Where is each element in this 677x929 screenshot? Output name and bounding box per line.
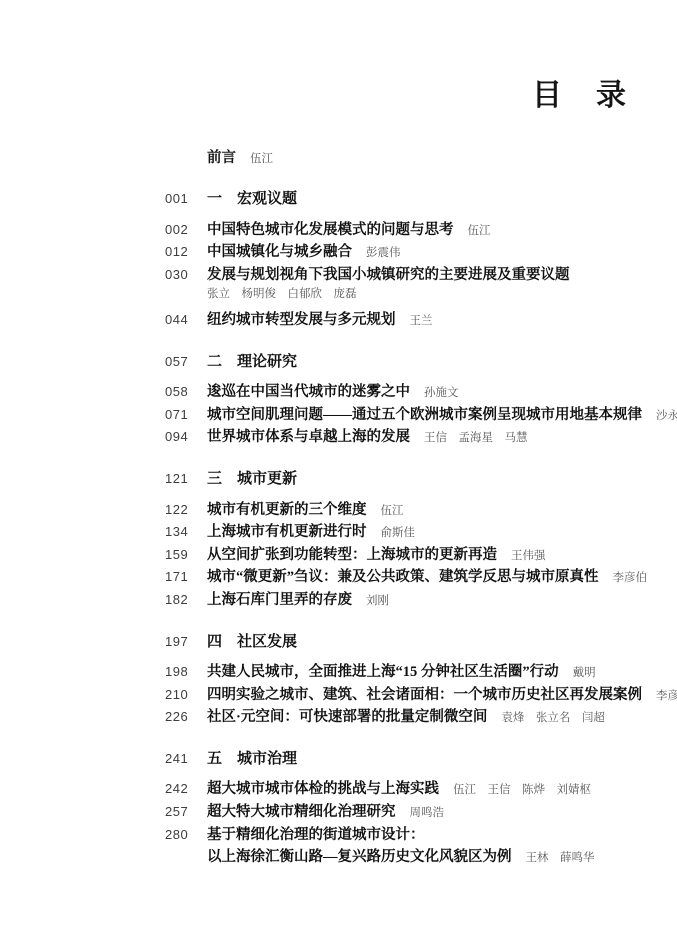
section-header: 001 一 宏观议题 — [165, 187, 657, 210]
entry-authors: 孙施文 — [424, 384, 459, 400]
toc-entry: 171 城市“微更新”刍议：兼及公共政策、建筑学反思与城市原真性 李彦伯 — [165, 565, 657, 588]
entry-page-number: 122 — [165, 502, 207, 517]
entry-title: 超大城市城市体检的挑战与上海实践 — [207, 777, 439, 798]
preface-label: 前言 — [207, 146, 236, 167]
toc-entry: 198 共建人民城市，全面推进上海“15 分钟社区生活圈”行动 戴明 — [165, 660, 657, 683]
page-title: 目 录 — [532, 70, 628, 114]
entry-page-number: 198 — [165, 664, 207, 679]
toc-entry: 071 城市空间肌理问题——通过五个欧洲城市案例呈现城市用地基本规律 沙永杰 — [165, 403, 657, 426]
entry-page-number: 257 — [165, 804, 207, 819]
section-header: 057 二 理论研究 — [165, 350, 657, 373]
entry-title: 城市有机更新的三个维度 — [207, 498, 367, 519]
entry-authors: 袁烽 张立名 闫超 — [501, 709, 605, 725]
toc-entry: 159 从空间扩张到功能转型：上海城市的更新再造 王伟强 — [165, 543, 657, 566]
entry-authors: 王兰 — [410, 312, 433, 328]
entry-title: 社区·元空间：可快速部署的批量定制微空间 — [207, 705, 487, 726]
section-heading: 一 宏观议题 — [207, 187, 297, 208]
entry-authors: 沙永杰 — [656, 407, 677, 423]
entry-title: 基于精细化治理的街道城市设计： — [207, 823, 425, 844]
toc-list: 001 一 宏观议题 002 中国特色城市化发展模式的问题与思考 伍江 012 … — [165, 187, 657, 868]
toc-entry: 122 城市有机更新的三个维度 伍江 — [165, 498, 657, 521]
entry-page-number: 094 — [165, 429, 207, 444]
entry-authors: 王林 薛鸣华 — [526, 849, 595, 865]
entry-authors: 伍江 — [381, 502, 404, 518]
entry-title: 城市空间肌理问题——通过五个欧洲城市案例呈现城市用地基本规律 — [207, 403, 642, 424]
toc-entry: 226 社区·元空间：可快速部署的批量定制微空间 袁烽 张立名 闫超 — [165, 705, 657, 728]
book-toc-page: { "page": { "title": "目 录" }, "preface":… — [0, 0, 677, 929]
section-header: 197 四 社区发展 — [165, 630, 657, 653]
entry-title: 纽约城市转型发展与多元规划 — [207, 308, 396, 329]
entry-authors: 伍江 王信 陈烨 刘婧枢 — [453, 781, 591, 797]
section-page-number: 057 — [165, 354, 207, 369]
toc-entry: 242 超大城市城市体检的挑战与上海实践 伍江 王信 陈烨 刘婧枢 — [165, 777, 657, 800]
entry-authors: 刘刚 — [366, 592, 389, 608]
entry-page-number: 012 — [165, 244, 207, 259]
entry-page-number: 210 — [165, 687, 207, 702]
section-page-number: 241 — [165, 751, 207, 766]
entry-page-number: 030 — [165, 267, 207, 282]
toc-entry: 张立 杨明俊 白郁欣 庞磊 — [165, 285, 657, 308]
entry-authors: 王伟强 — [511, 547, 546, 563]
entry-authors: 伍江 — [468, 222, 491, 238]
entry-title: 中国城镇化与城乡融合 — [207, 240, 352, 261]
entry-page-number: 171 — [165, 569, 207, 584]
entry-page-number: 134 — [165, 524, 207, 539]
entry-page-number: 002 — [165, 222, 207, 237]
section-page-number: 121 — [165, 471, 207, 486]
entry-title: 超大特大城市精细化治理研究 — [207, 800, 396, 821]
toc-entry: 257 超大特大城市精细化治理研究 周鸣浩 — [165, 800, 657, 823]
toc-entry: 280 基于精细化治理的街道城市设计： — [165, 823, 657, 846]
toc-entry: 094 世界城市体系与卓越上海的发展 王信 孟海星 马慧 — [165, 425, 657, 448]
entry-page-number: 044 — [165, 312, 207, 327]
entry-authors: 彭震伟 — [366, 244, 401, 260]
entry-authors: 李彦伯 — [656, 687, 677, 703]
entry-title: 上海石库门里弄的存废 — [207, 588, 352, 609]
entry-page-number: 071 — [165, 407, 207, 422]
toc-section: 241 五 城市治理 242 超大城市城市体检的挑战与上海实践 伍江 王信 陈烨… — [165, 747, 657, 868]
section-heading: 四 社区发展 — [207, 630, 297, 651]
preface-row: 前言 伍江 — [165, 146, 657, 168]
toc-section: 001 一 宏观议题 002 中国特色城市化发展模式的问题与思考 伍江 012 … — [165, 187, 657, 331]
toc-content: 前言 伍江 001 一 宏观议题 002 中国特色城市化发展模式的问题与思考 伍… — [165, 146, 657, 868]
entry-title: 中国特色城市化发展模式的问题与思考 — [207, 218, 454, 239]
entry-title: 发展与规划视角下我国小城镇研究的主要进展及重要议题 — [207, 263, 570, 284]
entry-title: 世界城市体系与卓越上海的发展 — [207, 425, 410, 446]
section-header: 241 五 城市治理 — [165, 747, 657, 770]
toc-section: 057 二 理论研究 058 逡巡在中国当代城市的迷雾之中 孙施文 071 城市… — [165, 350, 657, 448]
toc-section: 121 三 城市更新 122 城市有机更新的三个维度 伍江 134 上海城市有机… — [165, 467, 657, 611]
entry-page-number: 242 — [165, 781, 207, 796]
preface-authors: 伍江 — [250, 150, 273, 166]
toc-entry: 210 四明实验之城市、建筑、社会诸面相：一个城市历史社区再发展案例 李彦伯 — [165, 683, 657, 706]
entry-title: 城市“微更新”刍议：兼及公共政策、建筑学反思与城市原真性 — [207, 565, 599, 586]
toc-entry: 012 中国城镇化与城乡融合 彭震伟 — [165, 240, 657, 263]
toc-entry: 030 发展与规划视角下我国小城镇研究的主要进展及重要议题 — [165, 263, 657, 286]
entry-title: 四明实验之城市、建筑、社会诸面相：一个城市历史社区再发展案例 — [207, 683, 642, 704]
entry-page-number: 159 — [165, 547, 207, 562]
entry-title: 逡巡在中国当代城市的迷雾之中 — [207, 380, 410, 401]
section-heading: 五 城市治理 — [207, 747, 297, 768]
entry-authors: 周鸣浩 — [410, 804, 445, 820]
entry-authors: 张立 杨明俊 白郁欣 庞磊 — [207, 285, 357, 301]
entry-authors: 戴明 — [573, 664, 596, 680]
entry-authors: 李彦伯 — [613, 569, 648, 585]
entry-page-number: 182 — [165, 592, 207, 607]
toc-entry: 182 上海石库门里弄的存废 刘刚 — [165, 588, 657, 611]
entry-title: 上海城市有机更新进行时 — [207, 520, 367, 541]
section-page-number: 001 — [165, 191, 207, 206]
section-heading: 三 城市更新 — [207, 467, 297, 488]
entry-authors: 俞斯佳 — [381, 524, 416, 540]
section-page-number: 197 — [165, 634, 207, 649]
entry-title: 以上海徐汇衡山路—复兴路历史文化风貌区为例 — [207, 845, 512, 866]
toc-entry: 058 逡巡在中国当代城市的迷雾之中 孙施文 — [165, 380, 657, 403]
section-heading: 二 理论研究 — [207, 350, 297, 371]
entry-title: 从空间扩张到功能转型：上海城市的更新再造 — [207, 543, 497, 564]
entry-page-number: 058 — [165, 384, 207, 399]
entry-authors: 王信 孟海星 马慧 — [424, 429, 528, 445]
toc-entry: 134 上海城市有机更新进行时 俞斯佳 — [165, 520, 657, 543]
entry-title: 共建人民城市，全面推进上海“15 分钟社区生活圈”行动 — [207, 660, 559, 681]
toc-section: 197 四 社区发展 198 共建人民城市，全面推进上海“15 分钟社区生活圈”… — [165, 630, 657, 728]
toc-entry: 以上海徐汇衡山路—复兴路历史文化风貌区为例 王林 薛鸣华 — [165, 845, 657, 868]
entry-page-number: 226 — [165, 709, 207, 724]
toc-entry: 002 中国特色城市化发展模式的问题与思考 伍江 — [165, 218, 657, 241]
section-header: 121 三 城市更新 — [165, 467, 657, 490]
entry-page-number: 280 — [165, 827, 207, 842]
toc-entry: 044 纽约城市转型发展与多元规划 王兰 — [165, 308, 657, 331]
